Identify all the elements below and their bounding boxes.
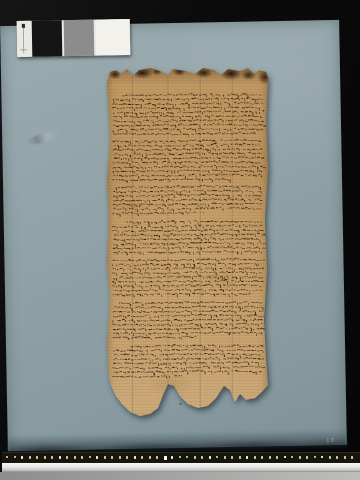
ruler-tick: [336, 456, 338, 459]
ruler-tick: [51, 456, 53, 459]
ruler-tick: [291, 456, 293, 458]
ruler-tick: [36, 456, 38, 459]
ruler-tick: [344, 456, 346, 459]
table-edge-silver: [2, 463, 360, 472]
ruler-tick: [21, 456, 23, 459]
ruler-tick: [104, 456, 106, 459]
table-edge-gray: [0, 472, 360, 480]
ruler-tick: [209, 456, 211, 459]
ruler-tick: [224, 456, 226, 459]
mount-shadow: [8, 425, 347, 453]
ruler-tick: [254, 456, 256, 459]
ruler-tick: [126, 456, 128, 459]
ruler-tick: [59, 456, 61, 459]
ruler-tick: [351, 456, 353, 459]
ruler-tick: [269, 456, 271, 459]
ruler-tick: [284, 456, 286, 458]
ruler-tick: [74, 456, 76, 459]
ruler-tick: [314, 456, 316, 458]
mount-number: 13: [326, 438, 335, 444]
ruler-tick: [96, 456, 98, 459]
ruler-tick: [111, 456, 113, 459]
white-patch: [96, 19, 131, 56]
grayscale-calibration-bar: [17, 19, 131, 57]
ruler-tick: [149, 456, 151, 459]
ruler-tick: [14, 456, 16, 458]
ruler-tick: [44, 456, 46, 459]
ruler-tick: [299, 456, 301, 459]
ruler-tick: [29, 456, 31, 459]
scratch-mark: [26, 129, 63, 147]
ruler-tick: [6, 456, 8, 458]
ruler-tick: [81, 456, 83, 459]
ruler-tick: [231, 456, 233, 459]
ruler-tick: [186, 456, 188, 458]
ruler-tick: [329, 456, 331, 459]
ruler-tick: [246, 456, 248, 459]
scale-marker-icon: [17, 21, 31, 57]
ruler-tick: [306, 456, 308, 459]
gray-patch: [64, 20, 95, 57]
ruler-tick: [171, 456, 173, 459]
ruler-tick: [276, 456, 278, 459]
papyrus-fragment: [107, 68, 268, 420]
ruler-tick: [216, 456, 218, 458]
hieratic-text: [107, 68, 268, 420]
ruler-tick: [164, 456, 167, 460]
measuring-ruler: [2, 452, 360, 463]
ruler-tick: [261, 456, 263, 459]
ruler-tick: [66, 456, 68, 459]
ruler-tick: [239, 456, 241, 459]
ruler-tick: [201, 456, 203, 459]
ruler-tick: [89, 456, 91, 458]
papyrus-sheet: [107, 68, 268, 420]
ruler-tick: [179, 456, 181, 458]
black-patch: [32, 20, 63, 57]
ruler-tick: [321, 456, 323, 458]
ruler-tick: [119, 456, 121, 459]
ruler-tick: [141, 456, 143, 459]
ruler-tick: [194, 456, 196, 459]
ruler-tick: [156, 456, 158, 459]
ruler-tick: [134, 456, 136, 459]
